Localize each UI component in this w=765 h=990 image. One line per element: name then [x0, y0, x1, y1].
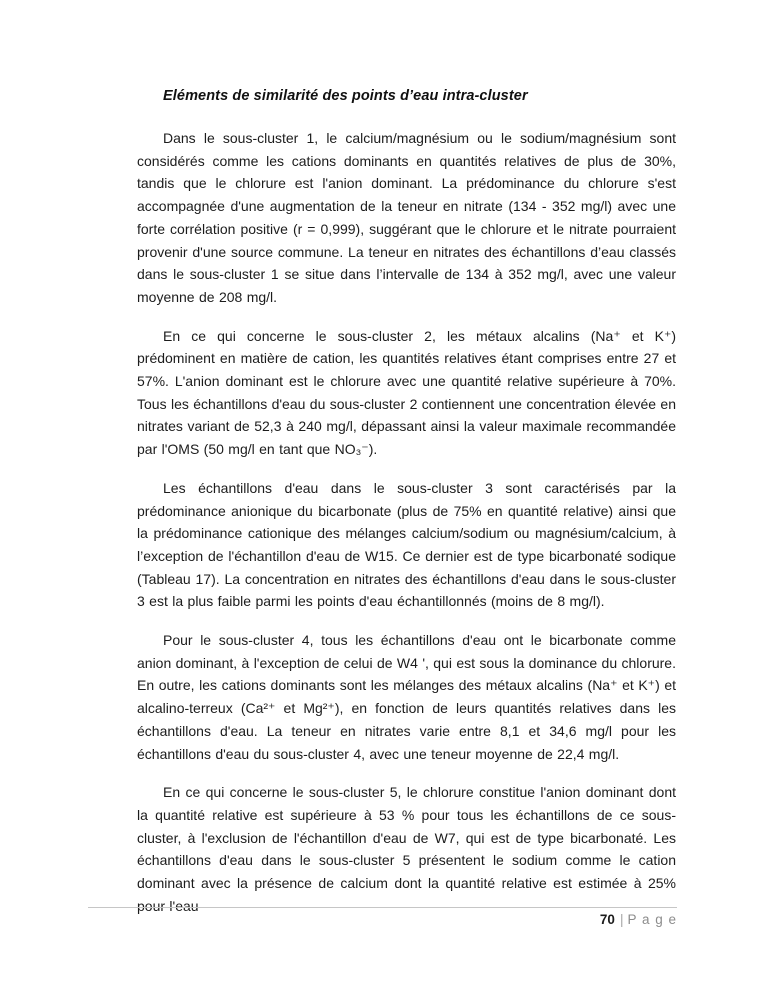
document-page: Eléments de similarité des points d’eau …	[0, 0, 765, 990]
footer-page-label: P a g e	[627, 912, 677, 927]
paragraph-sous-cluster-1: Dans le sous-cluster 1, le calcium/magné…	[137, 127, 676, 309]
section-heading: Eléments de similarité des points d’eau …	[137, 88, 676, 104]
paragraph-sous-cluster-3: Les échantillons d'eau dans le sous-clus…	[137, 477, 676, 613]
footer-separator: |	[620, 912, 624, 927]
paragraph-sous-cluster-2: En ce qui concerne le sous-cluster 2, le…	[137, 325, 676, 461]
page-content: Eléments de similarité des points d’eau …	[137, 88, 676, 918]
page-number: 70	[600, 912, 615, 927]
page-footer: 70|P a g e	[88, 907, 677, 928]
paragraph-sous-cluster-5: En ce qui concerne le sous-cluster 5, le…	[137, 781, 676, 917]
paragraph-sous-cluster-4: Pour le sous-cluster 4, tous les échanti…	[137, 629, 676, 765]
